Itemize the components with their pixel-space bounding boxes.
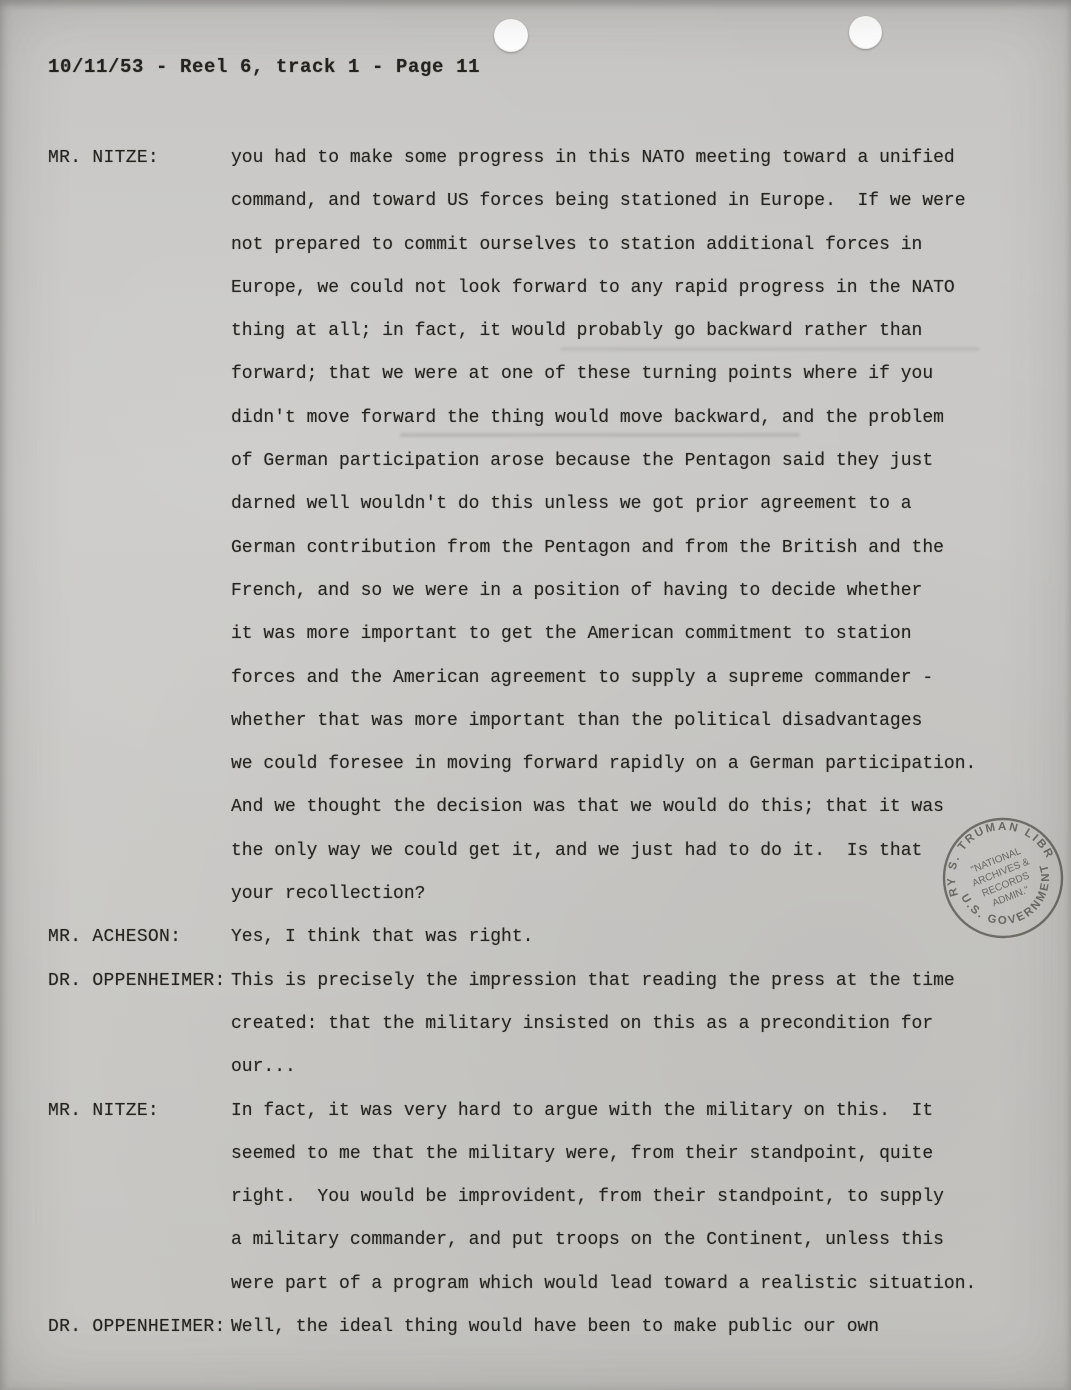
transcript-line: of German participation arose because th…	[231, 440, 1038, 483]
transcript-line: the only way we could get it, and we jus…	[231, 830, 1038, 873]
speaker-label: MR. NITZE:	[48, 1090, 231, 1133]
transcript-line: Europe, we could not look forward to any…	[231, 267, 1038, 310]
transcript-line: In fact, it was very hard to argue with …	[231, 1090, 1038, 1133]
transcript-line: forward; that we were at one of these tu…	[231, 353, 1038, 396]
transcript-line: your recollection?	[231, 873, 1038, 916]
transcript-line: forces and the American agreement to sup…	[231, 657, 1038, 700]
transcript-line: you had to make some progress in this NA…	[231, 137, 1038, 180]
transcript-line: whether that was more important than the…	[231, 700, 1038, 743]
speaker-label: MR. NITZE:	[48, 137, 231, 180]
transcript-line: didn't move forward the thing would move…	[231, 397, 1038, 440]
page-header: 10/11/53 - Reel 6, track 1 - Page 11	[48, 56, 480, 78]
speech-lines: you had to make some progress in this NA…	[231, 137, 1038, 916]
transcript-line: German contribution from the Pentagon an…	[231, 527, 1038, 570]
hole-punch-left	[494, 19, 528, 52]
transcript-entry: DR. OPPENHEIMER:This is precisely the im…	[48, 960, 1038, 1090]
transcript-line: And we thought the decision was that we …	[231, 786, 1038, 829]
transcript-line: This is precisely the impression that re…	[231, 960, 1038, 1003]
speech-lines: This is precisely the impression that re…	[231, 960, 1038, 1090]
speaker-label: DR. OPPENHEIMER:	[48, 1306, 231, 1349]
transcript-line: right. You would be improvident, from th…	[231, 1176, 1038, 1219]
transcript: MR. NITZE:you had to make some progress …	[48, 137, 1038, 1349]
transcript-line: thing at all; in fact, it would probably…	[231, 310, 1038, 353]
transcript-line: command, and toward US forces being stat…	[231, 180, 1038, 223]
transcript-line: French, and so we were in a position of …	[231, 570, 1038, 613]
speaker-label: DR. OPPENHEIMER:	[48, 960, 231, 1003]
transcript-line: Yes, I think that was right.	[231, 916, 1038, 959]
transcript-line: seemed to me that the military were, fro…	[231, 1133, 1038, 1176]
transcript-line: not prepared to commit ourselves to stat…	[231, 224, 1038, 267]
transcript-line: created: that the military insisted on t…	[231, 1003, 1038, 1046]
transcript-line: darned well wouldn't do this unless we g…	[231, 483, 1038, 526]
transcript-line: we could foresee in moving forward rapid…	[231, 743, 1038, 786]
transcript-line: Well, the ideal thing would have been to…	[231, 1306, 1038, 1349]
transcript-line: it was more important to get the America…	[231, 613, 1038, 656]
speech-lines: Well, the ideal thing would have been to…	[231, 1306, 1038, 1349]
speaker-label: MR. ACHESON:	[48, 916, 231, 959]
transcript-entry: DR. OPPENHEIMER:Well, the ideal thing wo…	[48, 1306, 1038, 1349]
transcript-entry: MR. NITZE:you had to make some progress …	[48, 137, 1038, 916]
transcript-line: our...	[231, 1046, 1038, 1089]
transcript-entry: MR. ACHESON:Yes, I think that was right.	[48, 916, 1038, 959]
transcript-entry: MR. NITZE:In fact, it was very hard to a…	[48, 1090, 1038, 1306]
hole-punch-right	[849, 16, 882, 49]
transcript-line: were part of a program which would lead …	[231, 1263, 1038, 1306]
transcript-line: a military commander, and put troops on …	[231, 1219, 1038, 1262]
speech-lines: In fact, it was very hard to argue with …	[231, 1090, 1038, 1306]
document-page: 10/11/53 - Reel 6, track 1 - Page 11 MR.…	[0, 0, 1071, 1390]
speech-lines: Yes, I think that was right.	[231, 916, 1038, 959]
